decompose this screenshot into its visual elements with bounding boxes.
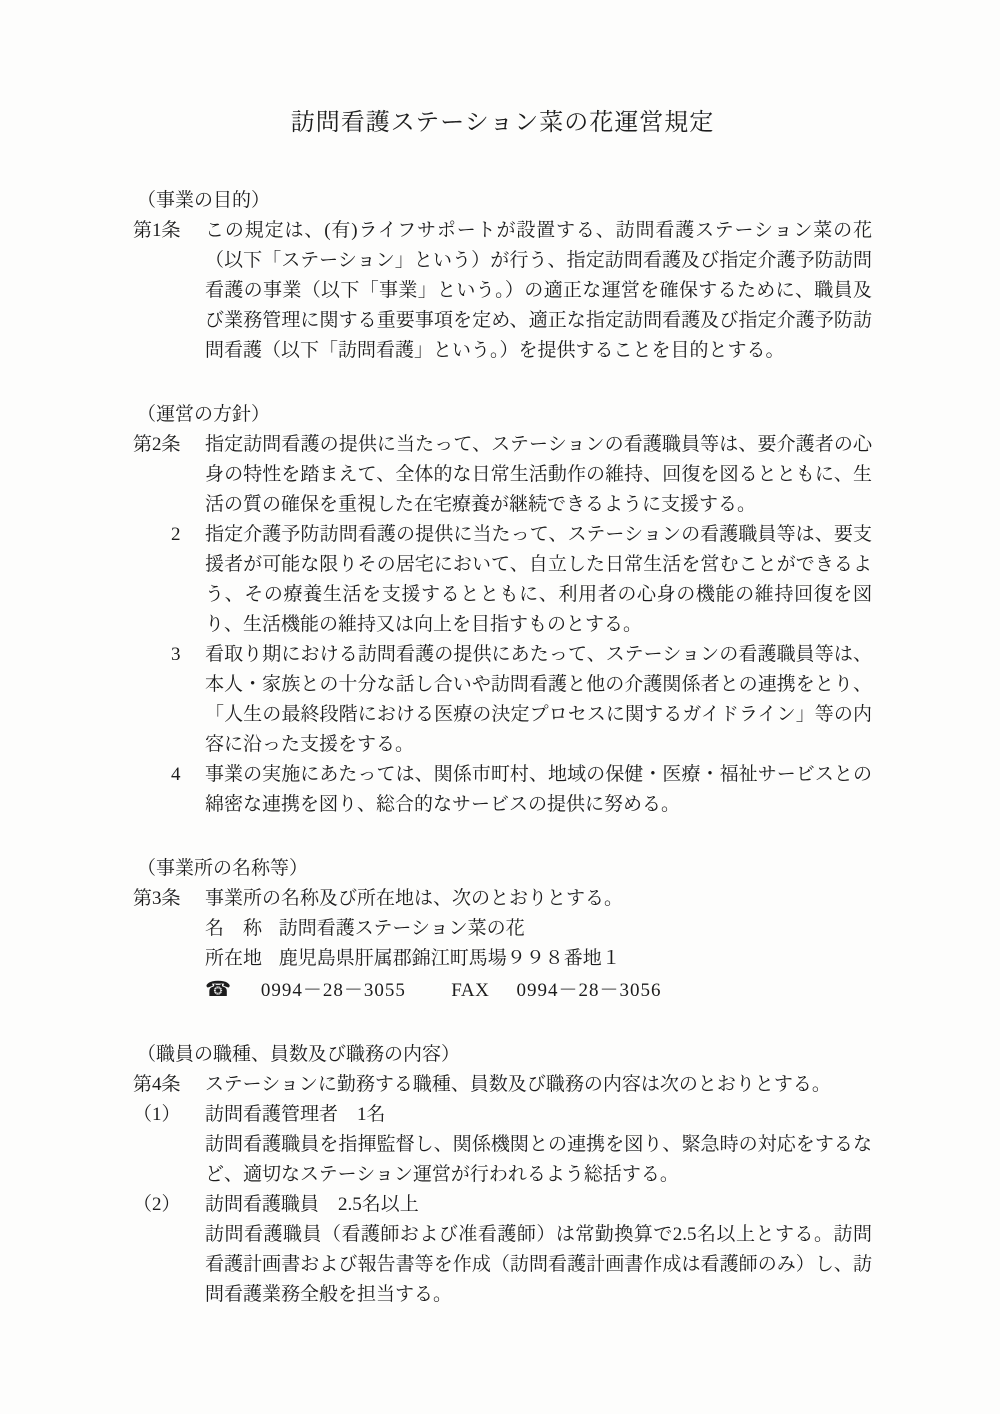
paragraph-number: 2: [171, 520, 181, 550]
paragraph-number: 4: [171, 760, 181, 790]
section-heading: （職員の職種、員数及び職務の内容）: [137, 1040, 872, 1070]
section-operating-policy: （運営の方針） 第2条 指定訪問看護の提供に当たって、ステーションの看護職員等は…: [133, 400, 872, 820]
section-office-name: （事業所の名称等） 第3条 事業所の名称及び所在地は、次のとおりとする。 名 称…: [133, 854, 872, 1006]
article-2-paragraph-2: 2 指定介護予防訪問看護の提供に当たって、ステーションの看護職員等は、要支援者が…: [133, 520, 872, 640]
section-heading: （事業の目的）: [137, 186, 872, 216]
staff-item-description: 訪問看護職員（看護師および准看護師）は常勤換算で2.5名以上とする。訪問看護計画…: [205, 1220, 872, 1310]
paragraph-number: 3: [171, 640, 181, 670]
staff-item-title: 訪問看護職員 2.5名以上: [205, 1194, 419, 1215]
office-name-value: 訪問看護ステーション菜の花: [279, 918, 525, 939]
section-heading: （事業所の名称等）: [137, 854, 872, 884]
article-1: 第1条 この規定は、(有)ライフサポートが設置する、訪問看護ステーション菜の花（…: [133, 216, 872, 366]
office-name-line: 名 称 訪問看護ステーション菜の花: [205, 914, 872, 944]
staff-item-title-line: （1） 訪問看護管理者 1名: [133, 1100, 872, 1130]
section-business-purpose: （事業の目的） 第1条 この規定は、(有)ライフサポートが設置する、訪問看護ステ…: [133, 186, 872, 366]
article-1-label: 第1条: [133, 216, 181, 246]
article-3: 第3条 事業所の名称及び所在地は、次のとおりとする。: [133, 884, 872, 914]
office-name-label: 名 称: [205, 918, 262, 939]
paragraph-text: 看取り期における訪問看護の提供にあたって、ステーションの看護職員等は、本人・家族…: [205, 644, 872, 755]
office-address-value: 鹿児島県肝属郡錦江町馬場９９８番地１: [279, 948, 621, 969]
staff-item-title-line: （2） 訪問看護職員 2.5名以上: [133, 1190, 872, 1220]
scanned-document-page: 訪問看護ステーション菜の花運営規定 （事業の目的） 第1条 この規定は、(有)ラ…: [0, 0, 1000, 1414]
article-1-text: この規定は、(有)ライフサポートが設置する、訪問看護ステーション菜の花（以下「ス…: [205, 220, 872, 361]
office-contact-line: ☎ 0994－28－3055 FAX 0994－28－3056: [205, 974, 872, 1006]
staff-item-number: （1）: [133, 1100, 181, 1130]
paragraph-text: 事業の実施にあたっては、関係市町村、地域の保健・医療・福祉サービスとの綿密な連携…: [205, 764, 872, 815]
article-4: 第4条 ステーションに勤務する職種、員数及び職務の内容は次のとおりとする。: [133, 1070, 872, 1100]
article-3-label: 第3条: [133, 884, 181, 914]
document-title: 訪問看護ステーション菜の花運営規定: [133, 106, 872, 140]
paragraph-text: 指定介護予防訪問看護の提供に当たって、ステーションの看護職員等は、要支援者が可能…: [205, 524, 872, 635]
article-4-label: 第4条: [133, 1070, 181, 1100]
office-address-line: 所在地 鹿児島県肝属郡錦江町馬場９９８番地１: [205, 944, 872, 974]
staff-item-title: 訪問看護管理者 1名: [205, 1104, 386, 1125]
fax-label: FAX: [451, 980, 489, 1001]
phone-number: 0994－28－3055: [261, 980, 406, 1001]
article-4-text: ステーションに勤務する職種、員数及び職務の内容は次のとおりとする。: [205, 1074, 831, 1095]
staff-item-nurses: （2） 訪問看護職員 2.5名以上 訪問看護職員（看護師および准看護師）は常勤換…: [133, 1190, 872, 1310]
article-2-text: 指定訪問看護の提供に当たって、ステーションの看護職員等は、要介護者の心身の特性を…: [205, 434, 872, 515]
section-heading: （運営の方針）: [137, 400, 872, 430]
staff-item-number: （2）: [133, 1190, 181, 1220]
staff-item-manager: （1） 訪問看護管理者 1名 訪問看護職員を指揮監督し、関係機関との連携を図り、…: [133, 1100, 872, 1190]
staff-item-description: 訪問看護職員を指揮監督し、関係機関との連携を図り、緊急時の対応をするなど、適切な…: [205, 1130, 872, 1190]
section-staff-roles: （職員の職種、員数及び職務の内容） 第4条 ステーションに勤務する職種、員数及び…: [133, 1040, 872, 1310]
office-address-label: 所在地: [205, 948, 262, 969]
phone-icon: ☎: [205, 977, 232, 1001]
fax-number: 0994－28－3056: [517, 980, 662, 1001]
article-2: 第2条 指定訪問看護の提供に当たって、ステーションの看護職員等は、要介護者の心身…: [133, 430, 872, 520]
article-2-paragraph-4: 4 事業の実施にあたっては、関係市町村、地域の保健・医療・福祉サービスとの綿密な…: [133, 760, 872, 820]
article-2-label: 第2条: [133, 430, 181, 460]
article-2-paragraph-3: 3 看取り期における訪問看護の提供にあたって、ステーションの看護職員等は、本人・…: [133, 640, 872, 760]
article-3-text: 事業所の名称及び所在地は、次のとおりとする。: [205, 888, 623, 909]
